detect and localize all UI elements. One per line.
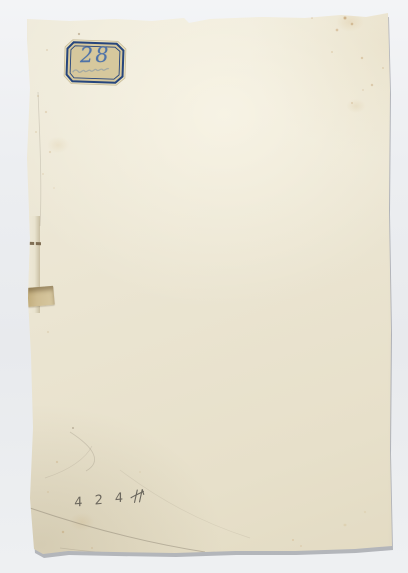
paper-sheet: 28 4 2 4 [0, 0, 408, 573]
collection-label: 28 [63, 39, 127, 86]
tape-repair-patch [23, 286, 55, 308]
label-number: 28 [64, 42, 126, 67]
pencil-flourish-mark [129, 486, 146, 504]
crease-marks [0, 0, 408, 573]
stitch-mark [26, 242, 43, 245]
photo-background: 28 4 2 4 [0, 0, 408, 573]
